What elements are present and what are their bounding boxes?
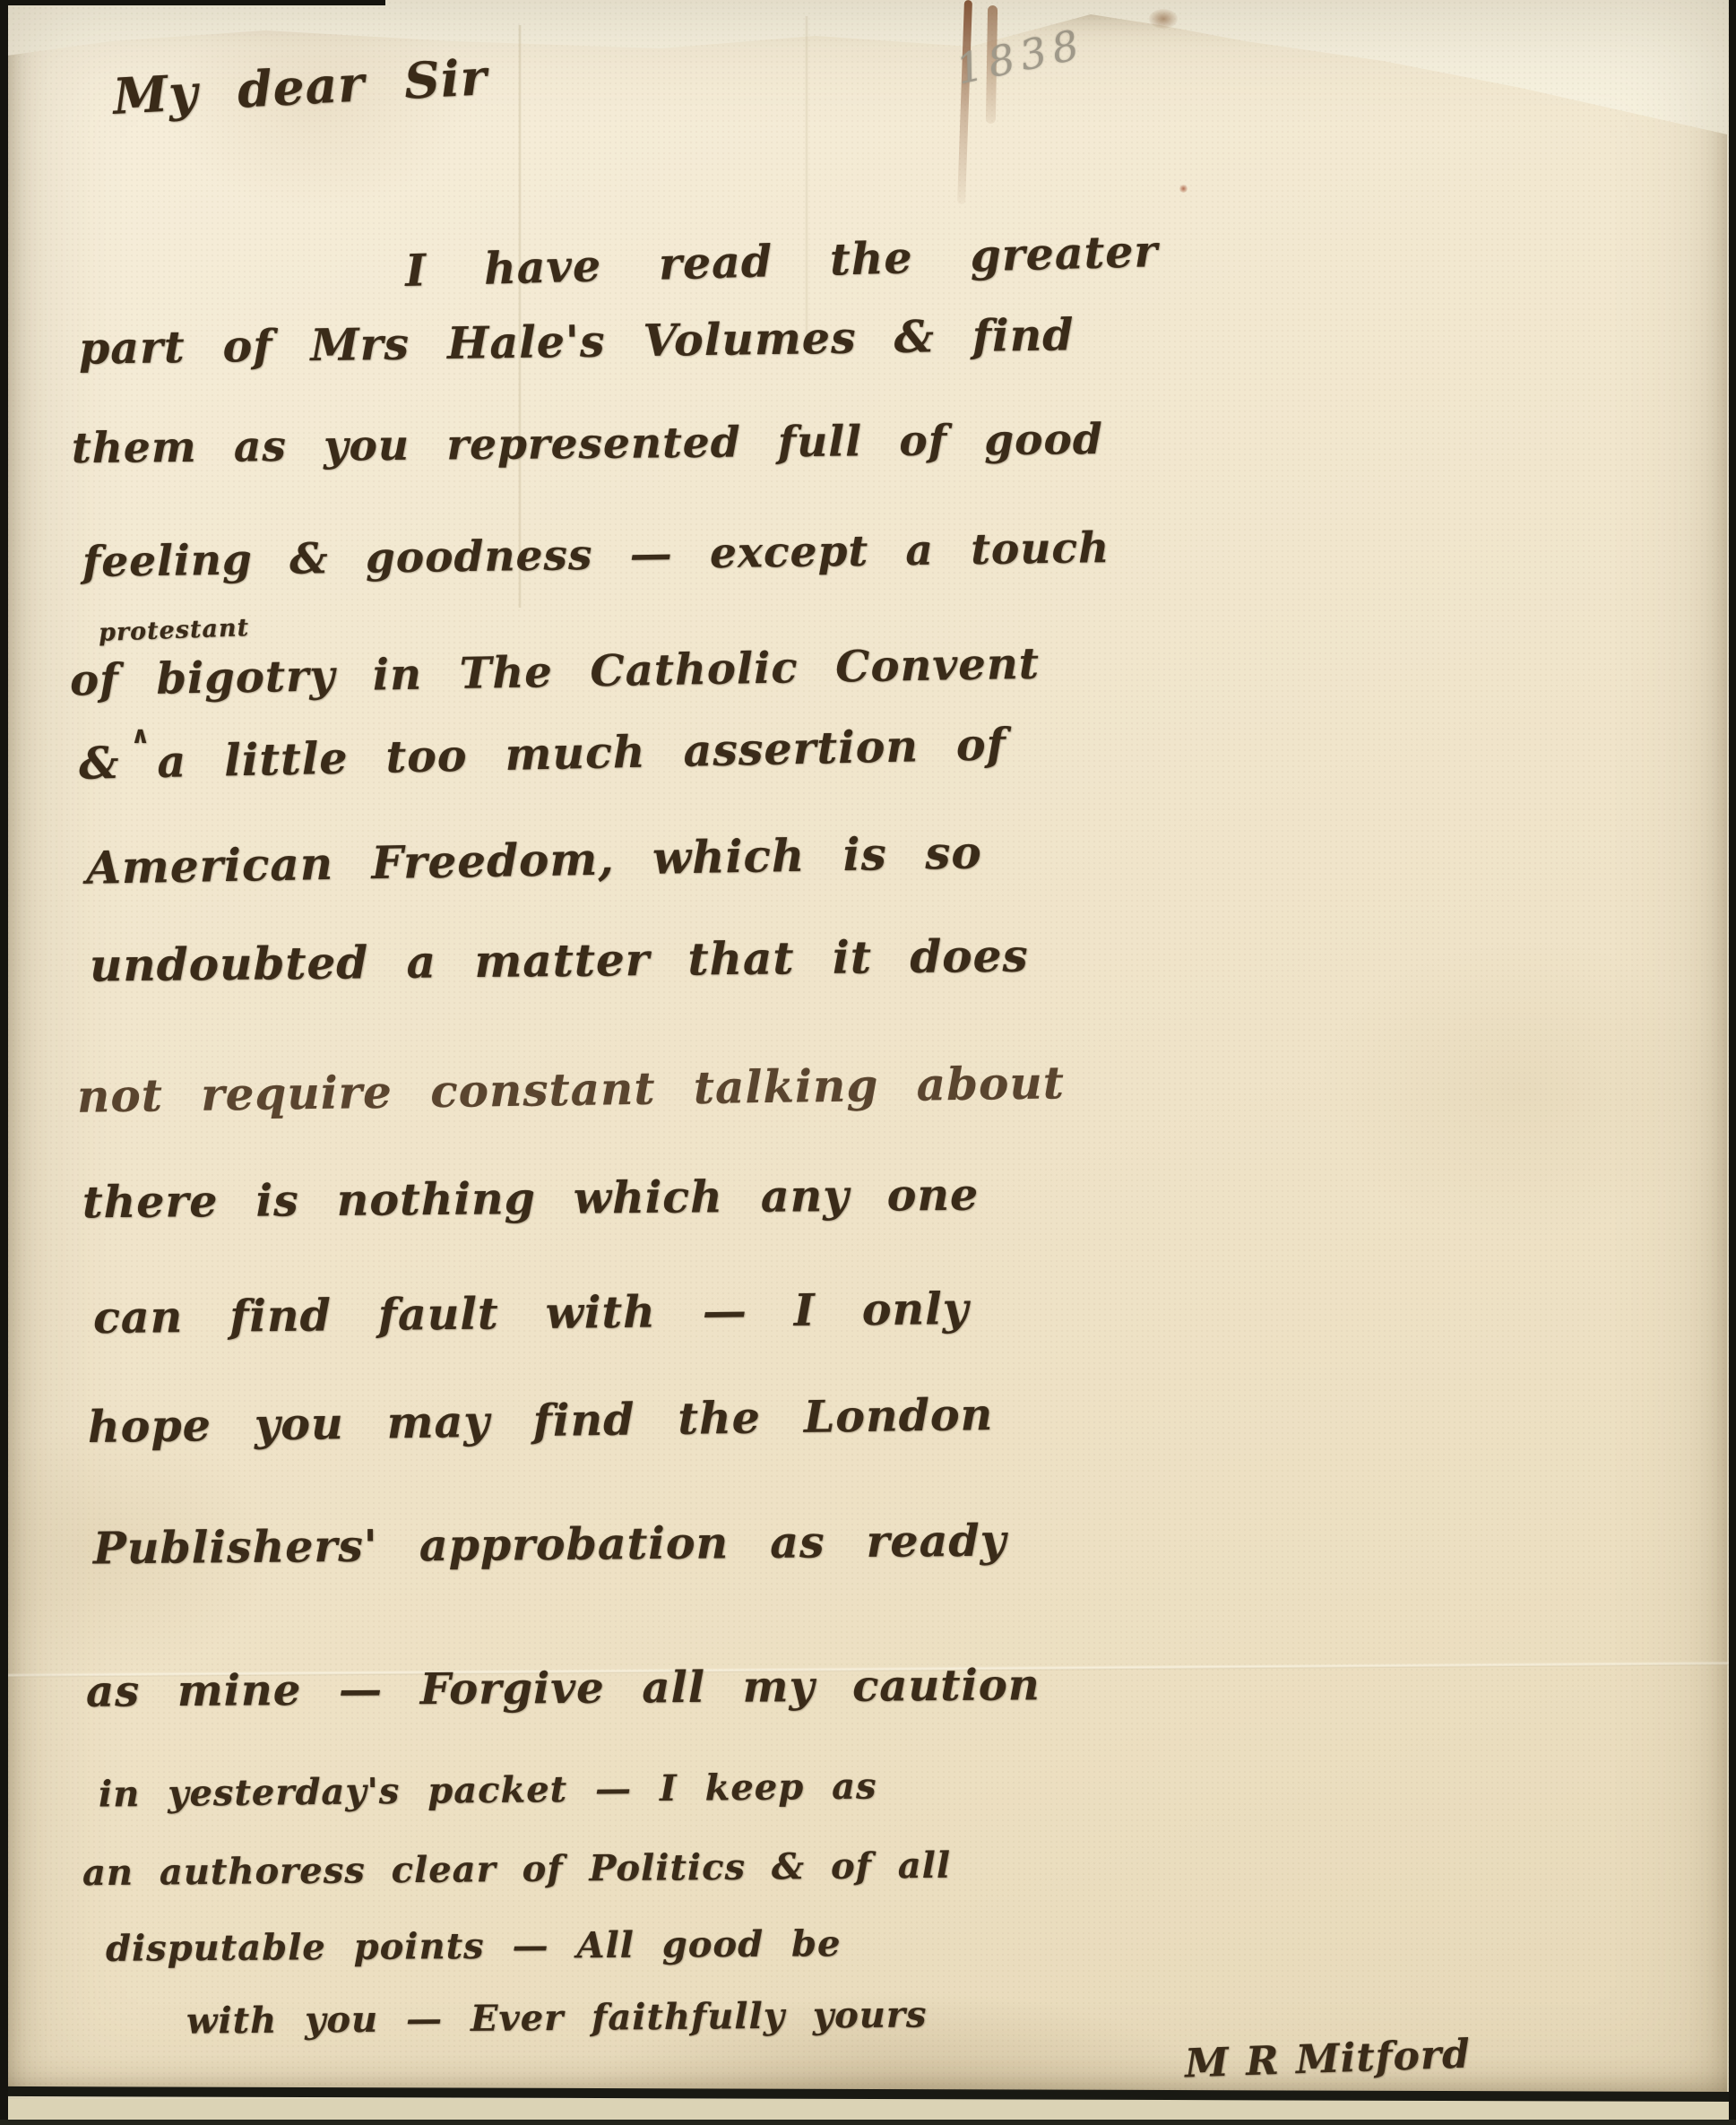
letter-line-14: as mine — Forgive all my caution — [86, 1660, 1041, 1716]
letter-line-8: undoubted a matter that it does — [90, 929, 1029, 992]
inserted-word: protestant — [99, 614, 250, 647]
letter-line-18: with you — Ever faithfully yours — [186, 1993, 928, 2042]
scan-bottom-strip — [0, 2099, 1736, 2120]
vertical-fold-crease-2 — [805, 16, 808, 348]
ink-speck — [1179, 185, 1188, 193]
ink-stain-blob — [1149, 9, 1178, 29]
letter-line-16: an authoress clear of Politics & of all — [82, 1844, 951, 1894]
letter-line-10: there is nothing which any one — [82, 1169, 980, 1229]
letter-line-11: can find fault with — I only — [93, 1283, 970, 1343]
scan-edge-left — [0, 0, 8, 2125]
scan-edge-right — [1729, 0, 1736, 2125]
scan-edge-bottom — [0, 2120, 1736, 2125]
letter-line-13: Publishers' approbation as ready — [93, 1515, 1007, 1575]
letter-line-17: disputable points — All good be — [106, 1922, 842, 1970]
letter-line-15: in yesterday's packet — I keep as — [99, 1765, 877, 1815]
scan-edge-top — [0, 0, 385, 5]
scanned-letter: 1838 My dear Sir I have read the greater… — [0, 0, 1736, 2125]
letter-line-3: them as you represented full of good — [72, 415, 1103, 473]
